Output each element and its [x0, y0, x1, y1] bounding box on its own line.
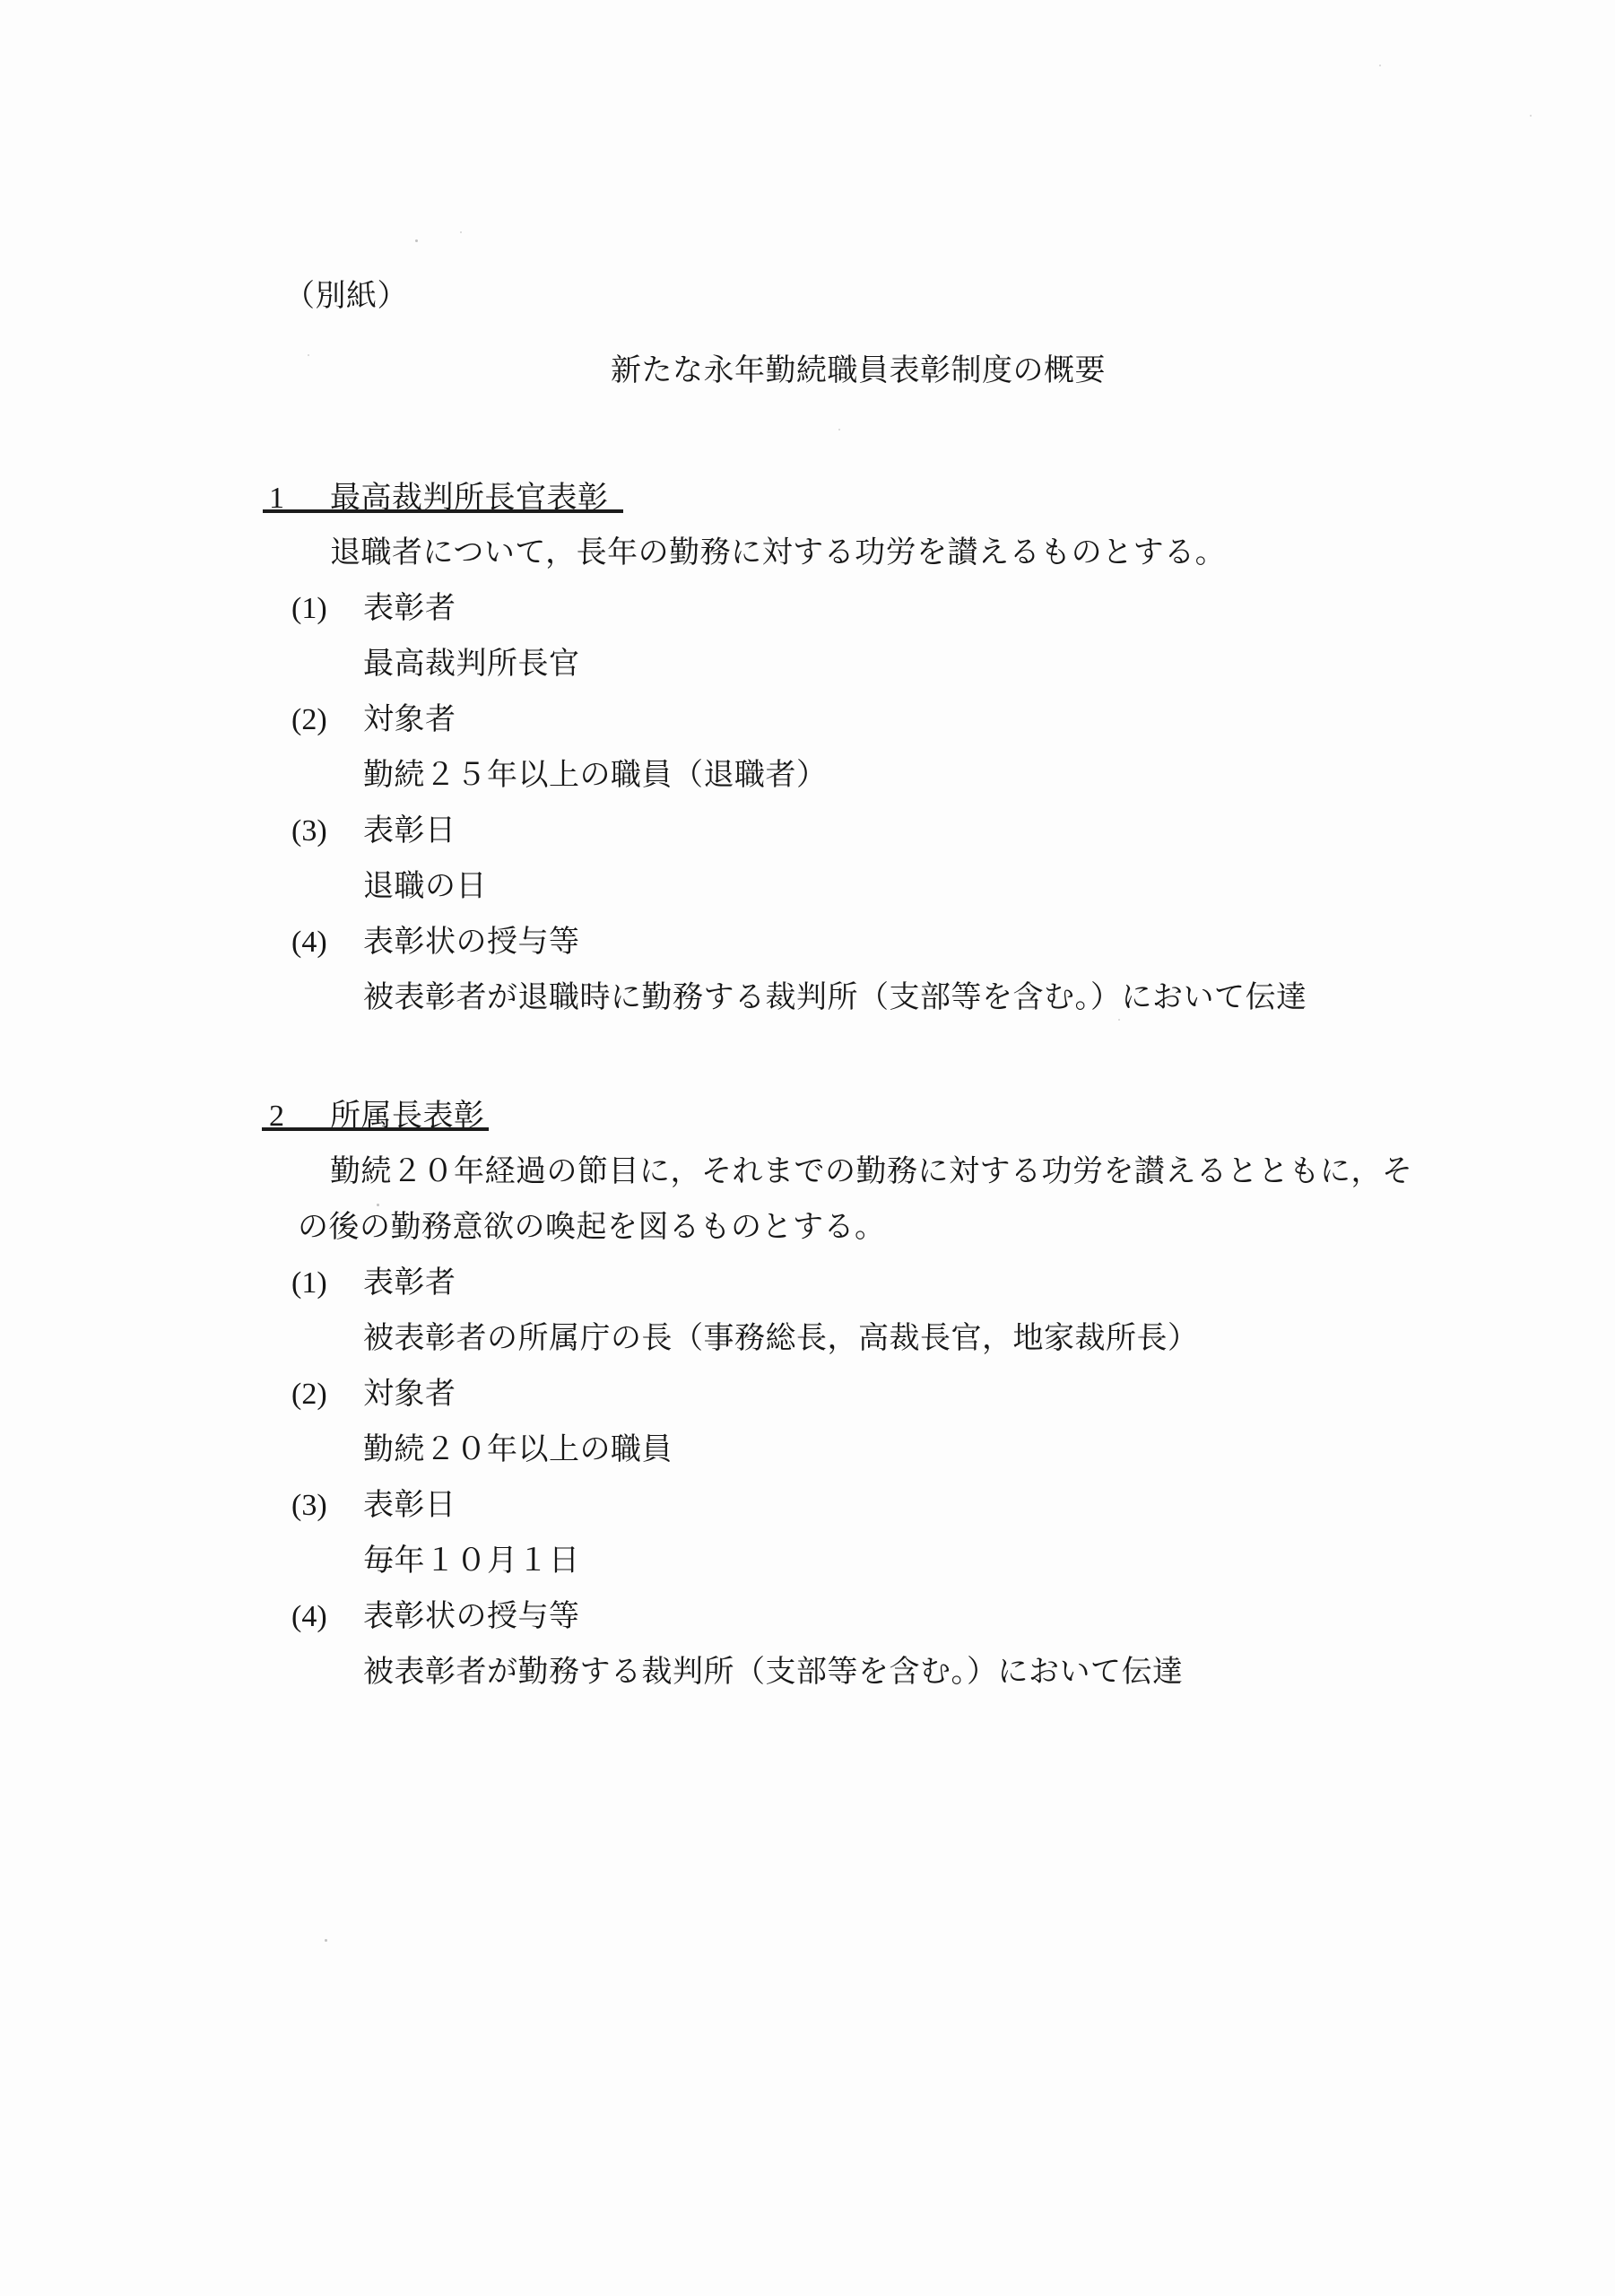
section-heading-underline [262, 1127, 489, 1131]
item-content-line: 被表彰者が退職時に勤務する裁判所（支部等を含む。）において伝達 [363, 980, 1307, 1016]
item-heading: (3)表彰日 [291, 1488, 456, 1524]
scan-speck [415, 239, 418, 242]
item-marker: (4) [291, 925, 363, 961]
item-label: 表彰者 [363, 1266, 456, 1300]
item-marker: (2) [291, 702, 363, 738]
item-label: 表彰者 [363, 592, 456, 625]
scan-speck [460, 231, 462, 233]
item-content-line: 被表彰者が勤務する裁判所（支部等を含む。）において伝達 [363, 1655, 1184, 1691]
item-marker: (3) [291, 813, 363, 849]
document-title: 新たな永年勤続職員表彰制度の概要 [611, 353, 1106, 389]
item-content-line: 勤続２５年以上の職員（退職者） [363, 758, 828, 794]
item-label: 対象者 [363, 703, 456, 736]
scan-speck [1530, 115, 1532, 117]
item-heading: (2)対象者 [291, 702, 456, 738]
item-heading: (1)表彰者 [291, 591, 456, 627]
item-heading: (4)表彰状の授与等 [291, 1599, 580, 1635]
item-label: 表彰日 [363, 1489, 456, 1522]
item-marker: (2) [291, 1377, 363, 1413]
attachment-note: （別紙） [284, 279, 408, 315]
item-heading: (2)対象者 [291, 1377, 456, 1413]
scan-speck [308, 354, 309, 356]
item-content-line: 被表彰者の所属庁の長（事務総長，高裁長官，地家裁所長） [363, 1321, 1199, 1357]
section-heading-underline [263, 509, 623, 513]
item-label: 対象者 [363, 1378, 456, 1411]
item-content-line: 勤続２０年以上の職員 [363, 1432, 673, 1468]
scan-speck [377, 1204, 379, 1206]
scan-speck [838, 429, 840, 430]
scanned-document-page: （別紙） 新たな永年勤続職員表彰制度の概要 1最高裁判所長官表彰退職者について，… [0, 0, 1615, 2296]
item-label: 表彰状の授与等 [363, 926, 580, 959]
section-intro-line: 退職者について，長年の勤務に対する功労を讃えるものとする。 [330, 535, 1226, 571]
item-marker: (3) [291, 1488, 363, 1524]
item-label: 表彰状の授与等 [363, 1600, 580, 1633]
item-heading: (4)表彰状の授与等 [291, 925, 580, 961]
item-heading: (3)表彰日 [291, 813, 456, 849]
item-content-line: 最高裁判所長官 [363, 647, 580, 683]
item-content-line: 毎年１０月１日 [363, 1544, 580, 1579]
item-label: 表彰日 [363, 814, 456, 848]
section-intro-line: 勤続２０年経過の節目に，それまでの勤務に対する功労を讃えるとともに，そ [330, 1154, 1413, 1190]
item-marker: (1) [291, 591, 363, 627]
item-marker: (4) [291, 1599, 363, 1635]
item-content-line: 退職の日 [363, 869, 487, 905]
scan-speck [1379, 65, 1381, 66]
section-intro-line: の後の勤務意欲の喚起を図るものとする。 [298, 1210, 886, 1246]
item-heading: (1)表彰者 [291, 1265, 456, 1301]
scan-speck [1118, 1019, 1120, 1021]
item-marker: (1) [291, 1265, 363, 1301]
scan-speck [325, 1939, 327, 1942]
